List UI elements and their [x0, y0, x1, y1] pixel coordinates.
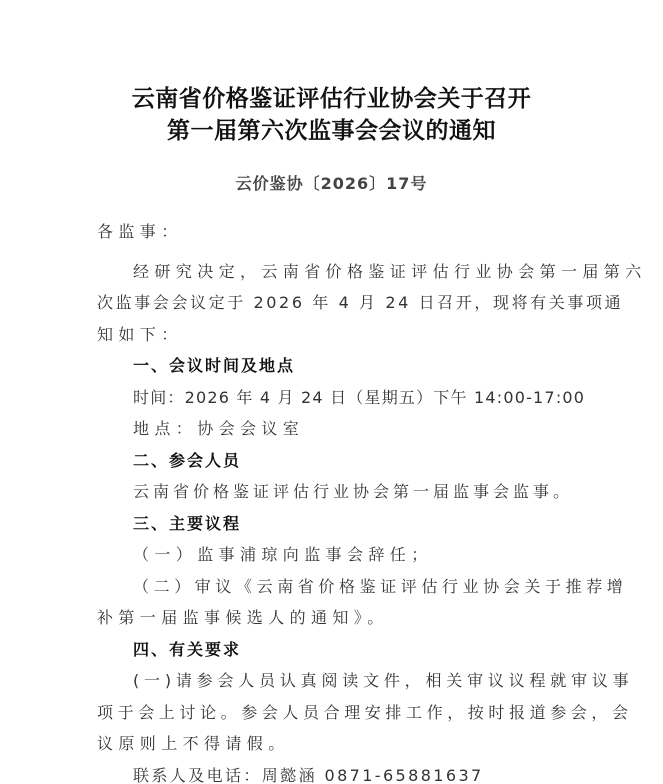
intro-paragraph-line: 次监事会会议定于 2026 年 4 月 24 日召开，现将有关事项通	[97, 287, 567, 319]
document-title-line-2: 第一届第六次监事会会议的通知	[0, 112, 663, 145]
document-page: 云南省价格鉴证评估行业协会关于召开 第一届第六次监事会会议的通知 云价鉴协〔20…	[0, 0, 663, 784]
requirement-line: 项于会上讨论。参会人员合理安排工作，按时报道参会，会	[97, 697, 567, 729]
spacer	[97, 248, 567, 256]
section-heading-requirements: 四、有关要求	[97, 634, 567, 666]
meeting-location: 地点：协会会议室	[97, 413, 567, 445]
contact-info: 联系人及电话：周懿涵 0871-65881637	[97, 760, 567, 784]
agenda-item: （二）审议《云南省价格鉴证评估行业协会关于推荐增	[97, 571, 567, 603]
intro-paragraph-line: 知如下：	[97, 319, 567, 351]
requirement-line: (一)请参会人员认真阅读文件，相关审议议程就审议事	[97, 665, 567, 697]
section-heading-attendees: 二、参会人员	[97, 445, 567, 477]
document-title-line-1: 云南省价格鉴证评估行业协会关于召开	[0, 80, 663, 113]
intro-paragraph-line: 经研究决定，云南省价格鉴证评估行业协会第一届第六	[97, 256, 567, 288]
section-heading-time-place: 一、会议时间及地点	[97, 350, 567, 382]
attendees-text: 云南省价格鉴证评估行业协会第一届监事会监事。	[97, 476, 567, 508]
agenda-item: （一）监事浦琼向监事会辞任；	[97, 539, 567, 571]
section-heading-agenda: 三、主要议程	[97, 508, 567, 540]
salutation: 各监事：	[97, 216, 567, 248]
meeting-time: 时间：2026 年 4 月 24 日（星期五）下午 14:00-17:00	[97, 382, 567, 414]
document-body: 各监事： 经研究决定，云南省价格鉴证评估行业协会第一届第六 次监事会会议定于 2…	[97, 216, 567, 784]
agenda-item-continuation: 补第一届监事候选人的通知》。	[97, 602, 567, 634]
requirement-line: 议原则上不得请假。	[97, 728, 567, 760]
document-number: 云价鉴协〔2026〕17号	[0, 171, 663, 194]
